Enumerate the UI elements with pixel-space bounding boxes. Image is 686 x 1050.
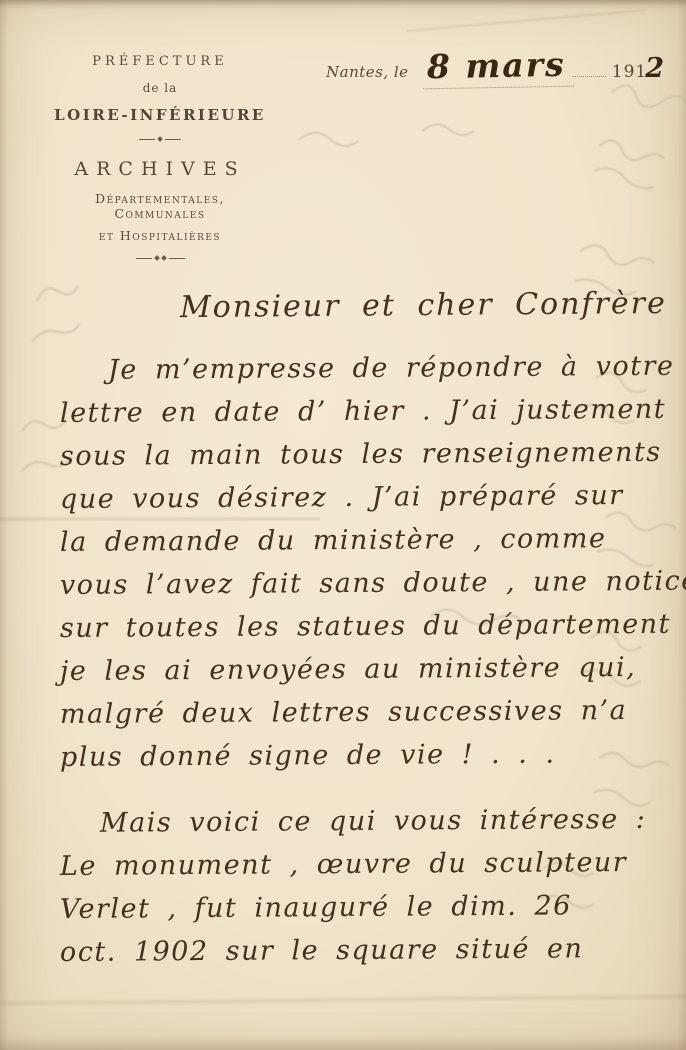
- handwritten-line: plus donné signe de vie ! . . .: [60, 732, 672, 779]
- handwritten-line: je les ai envoyées au ministère qui,: [60, 646, 672, 693]
- handwritten-line: malgré deux lettres successives n’a: [60, 689, 672, 736]
- paper-fold-crease-bottom: [0, 992, 686, 1007]
- paper-crease-top-right: [406, 8, 646, 34]
- dateline-dotted-rule: [573, 60, 605, 77]
- letterhead-hospitalieres: et Hospitalières: [48, 228, 272, 243]
- scan-edge-shadow-bottom: [0, 1036, 686, 1050]
- letterhead-archives: ARCHIVES: [48, 158, 272, 180]
- handwritten-line: Mais voici ce qui vous intéresse :: [60, 798, 672, 845]
- scanned-letter-page: PRÉFECTURE de la LOIRE-INFÉRIEURE ARCHIV…: [0, 0, 686, 1050]
- ornament-divider-icon: [48, 137, 272, 141]
- handwritten-line: Je m’empresse de répondre à votre: [60, 345, 672, 392]
- letterhead-loire-inferieure: LOIRE-INFÉRIEURE: [48, 106, 272, 124]
- dateline-year-printed: 191: [612, 62, 647, 82]
- dateline: Nantes, le 8 mars 191 2: [326, 46, 664, 88]
- letterhead-departementales: Départementales, Communales: [48, 191, 272, 221]
- handwritten-line: que vous désirez . J’ai préparé sur: [60, 474, 672, 521]
- salutation: Monsieur et cher Confrère ,: [180, 286, 672, 325]
- handwritten-line: Le monument , œuvre du sculpteur: [60, 841, 672, 888]
- scan-edge-shadow-right: [678, 0, 686, 1050]
- letterhead-de-la: de la: [48, 81, 272, 95]
- handwritten-line: sous la main tous les renseignements: [60, 431, 672, 478]
- dateline-year-handwritten: 2: [645, 53, 664, 84]
- letter-body: Monsieur et cher Confrère , Je m’empress…: [60, 288, 672, 974]
- scan-edge-shadow-top: [0, 0, 686, 10]
- letterhead: PRÉFECTURE de la LOIRE-INFÉRIEURE ARCHIV…: [48, 54, 272, 260]
- handwritten-line: Verlet , fut inauguré le dim. 26: [60, 884, 672, 931]
- handwritten-line: lettre en date d’ hier . J’ai justement: [60, 388, 672, 435]
- ornament-divider-icon: [48, 256, 272, 260]
- dateline-place-label: Nantes, le: [326, 63, 409, 81]
- handwritten-line: oct. 1902 sur le square situé en: [60, 927, 672, 974]
- letterhead-prefecture: PRÉFECTURE: [48, 54, 272, 69]
- dateline-handwritten-date: 8 mars: [422, 45, 573, 90]
- handwritten-line: sur toutes les statues du département ;: [60, 603, 672, 650]
- handwritten-line: vous l’avez fait sans doute , une notice: [60, 560, 672, 607]
- scan-edge-shadow-left: [0, 0, 8, 1050]
- handwritten-line: la demande du ministère , comme: [60, 517, 672, 564]
